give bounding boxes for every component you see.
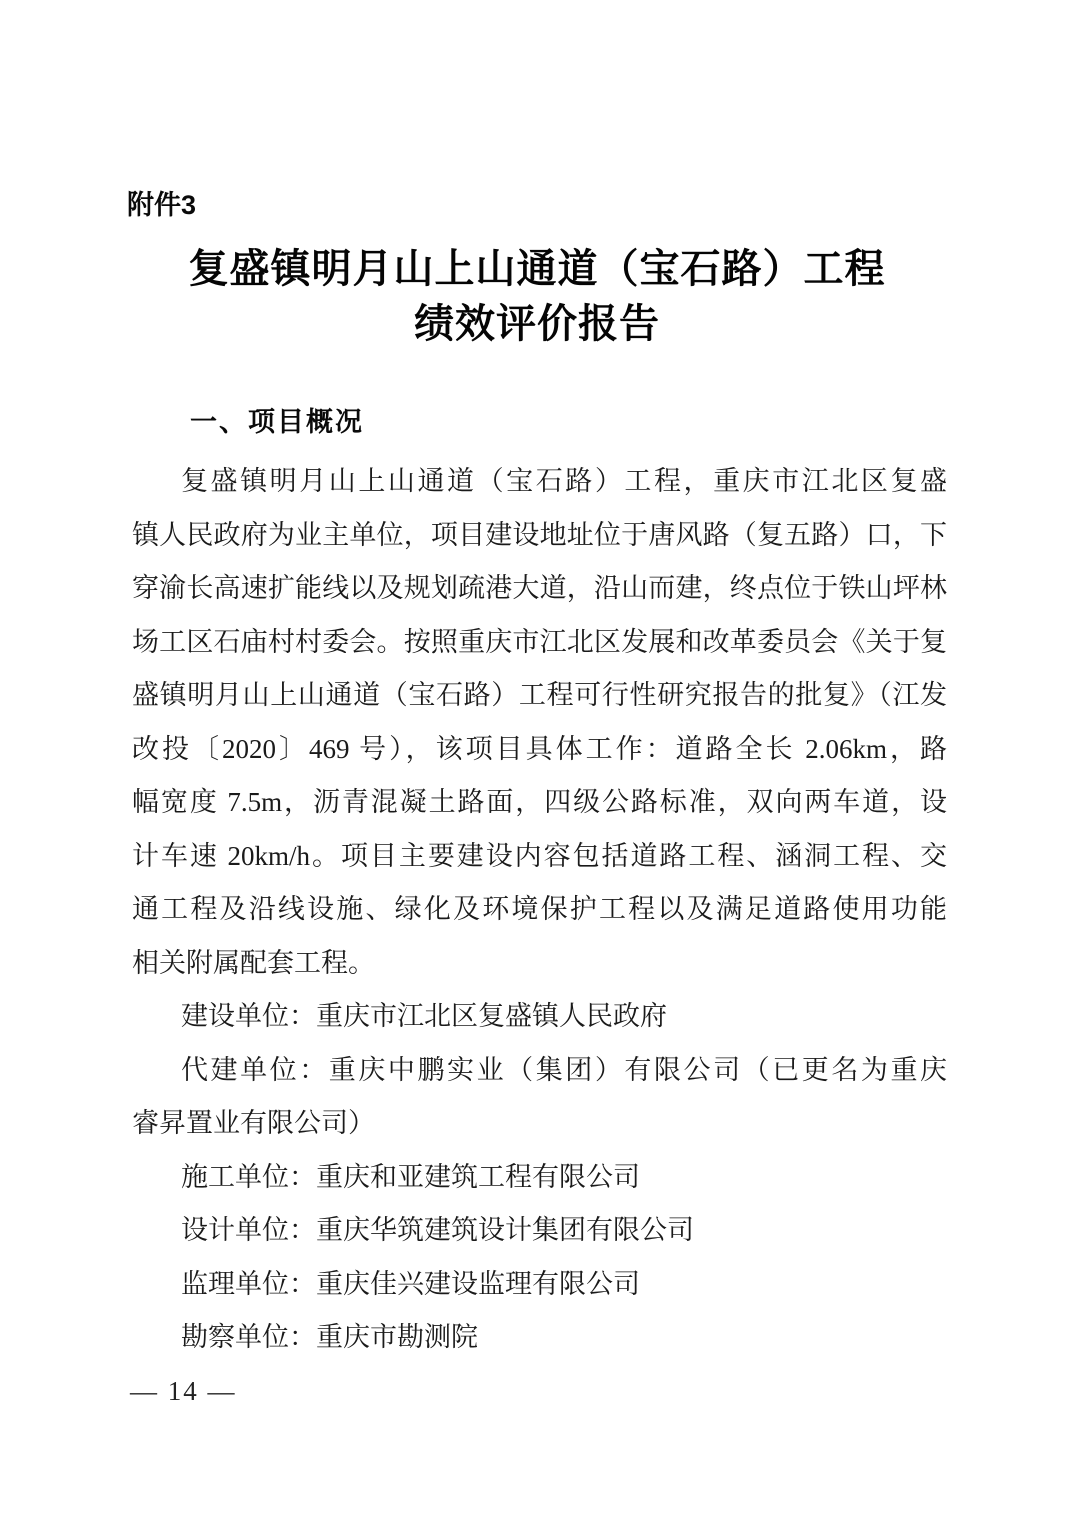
document-page: 附件3 复盛镇明月山上山通道（宝石路）工程 绩效评价报告 一、项目概况 复盛镇明… <box>0 0 1074 1520</box>
paragraph-line: 计车速 20km/h。项目主要建设内容包括道路工程、涵洞工程、交 <box>132 830 947 884</box>
body-text: 复盛镇明月山上山通道（宝石路）工程，重庆市江北区复盛 镇人民政府为业主单位，项目… <box>132 455 947 1365</box>
unit-line-contractor: 施工单位：重庆和亚建筑工程有限公司 <box>132 1151 947 1205</box>
page-number: — 14 — <box>130 1376 237 1406</box>
unit-line-supervisor: 监理单位：重庆佳兴建设监理有限公司 <box>132 1258 947 1312</box>
paragraph-line: 复盛镇明月山上山通道（宝石路）工程，重庆市江北区复盛 <box>132 455 947 509</box>
paragraph-line: 镇人民政府为业主单位，项目建设地址位于唐风路（复五路）口，下 <box>132 509 947 563</box>
paragraph-line: 幅宽度 7.5m，沥青混凝土路面，四级公路标准，双向两车道，设 <box>132 776 947 830</box>
unit-line-designer: 设计单位：重庆华筑建筑设计集团有限公司 <box>132 1204 947 1258</box>
attachment-label: 附件3 <box>127 189 196 221</box>
paragraph-line-last: 相关附属配套工程。 <box>132 937 947 991</box>
document-title-line2: 绩效评价报告 <box>0 296 1074 351</box>
paragraph-line: 盛镇明月山上山通道（宝石路）工程可行性研究报告的批复》（江发 <box>132 669 947 723</box>
paragraph-line: 穿渝长高速扩能线以及规划疏港大道，沿山而建，终点位于铁山坪林 <box>132 562 947 616</box>
unit-line-construction: 建设单位：重庆市江北区复盛镇人民政府 <box>132 990 947 1044</box>
unit-line-surveyor: 勘察单位：重庆市勘测院 <box>132 1311 947 1365</box>
document-title-line1: 复盛镇明月山上山通道（宝石路）工程 <box>0 241 1074 296</box>
paragraph-line: 通工程及沿线设施、绿化及环境保护工程以及满足道路使用功能 <box>132 883 947 937</box>
document-title: 复盛镇明月山上山通道（宝石路）工程 绩效评价报告 <box>0 241 1074 351</box>
paragraph-line: 场工区石庙村村委会。按照重庆市江北区发展和改革委员会《关于复 <box>132 616 947 670</box>
unit-line-agent: 代建单位：重庆中鹏实业（集团）有限公司（已更名为重庆 <box>132 1044 947 1098</box>
paragraph-line: 改投〔2020〕469 号），该项目具体工作：道路全长 2.06km，路 <box>132 723 947 777</box>
unit-line-agent-continued: 睿昇置业有限公司） <box>132 1097 947 1151</box>
section-heading: 一、项目概况 <box>190 404 364 440</box>
